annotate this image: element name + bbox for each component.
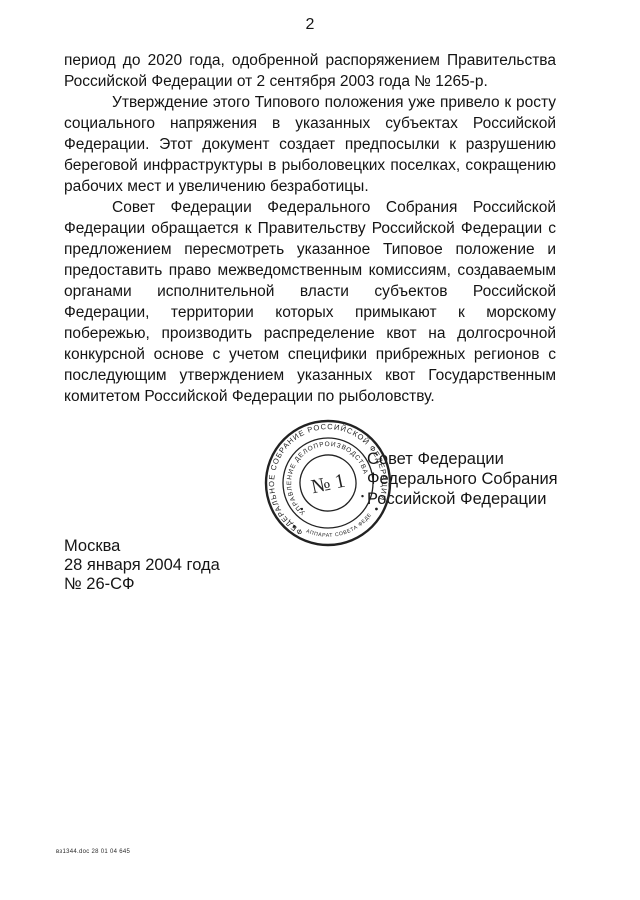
footer-note: вз1344.doc 28 01 04 645	[56, 849, 130, 855]
stamp-separator-dot	[361, 495, 364, 498]
text-line: последующим утверждением указанных квот …	[64, 365, 556, 386]
text-line: предложением пересмотреть указанное Типо…	[64, 239, 556, 260]
stamp-separator-dot	[375, 507, 378, 510]
text-line: Федерации обращается к Правительству Рос…	[64, 218, 556, 239]
text-line: Утверждение этого Типового положения уже…	[64, 92, 556, 113]
text-line: период до 2020 года, одобренной распоряж…	[64, 50, 556, 71]
document-body: период до 2020 года, одобренной распоряж…	[64, 50, 556, 407]
text-line: Федерации. Этот документ создает предпос…	[64, 134, 556, 155]
page-number: 2	[64, 16, 556, 34]
stamp-center-number: № 1	[309, 470, 347, 499]
text-line: органами исполнительной власти субъектов…	[64, 281, 556, 302]
document-page: 2 период до 2020 года, одобренной распор…	[0, 0, 640, 900]
issuance-city: Москва	[64, 537, 220, 556]
text-line: комитетом Российской Федерации по рыболо…	[64, 386, 556, 407]
issuance-date: 28 января 2004 года	[64, 556, 220, 575]
text-line: Российской Федерации от 2 сентября 2003 …	[64, 71, 556, 92]
text-line: социального напряжения в указанных субъе…	[64, 113, 556, 134]
text-line: предоставить право межведомственным коми…	[64, 260, 556, 281]
text-line: Федерации, территории которых примыкают …	[64, 302, 556, 323]
text-line: Совет Федерации Федерального Собрания Ро…	[64, 197, 556, 218]
text-line: побережью, производить распределение кво…	[64, 323, 556, 344]
text-line: конкурсной основе с учетом специфики при…	[64, 344, 556, 365]
official-stamp-icon: ФЕДЕРАЛЬНОЕ СОБРАНИЕ РОССИЙСКОЙ ФЕДЕРАЦИ…	[259, 414, 397, 552]
document-number: № 26-СФ	[64, 575, 220, 594]
issuance-block: Москва 28 января 2004 года № 26-СФ	[64, 537, 220, 594]
text-line: рабочих мест и увеличению безработицы.	[64, 176, 556, 197]
text-line: береговой инфраструктуры в рыболовецких …	[64, 155, 556, 176]
